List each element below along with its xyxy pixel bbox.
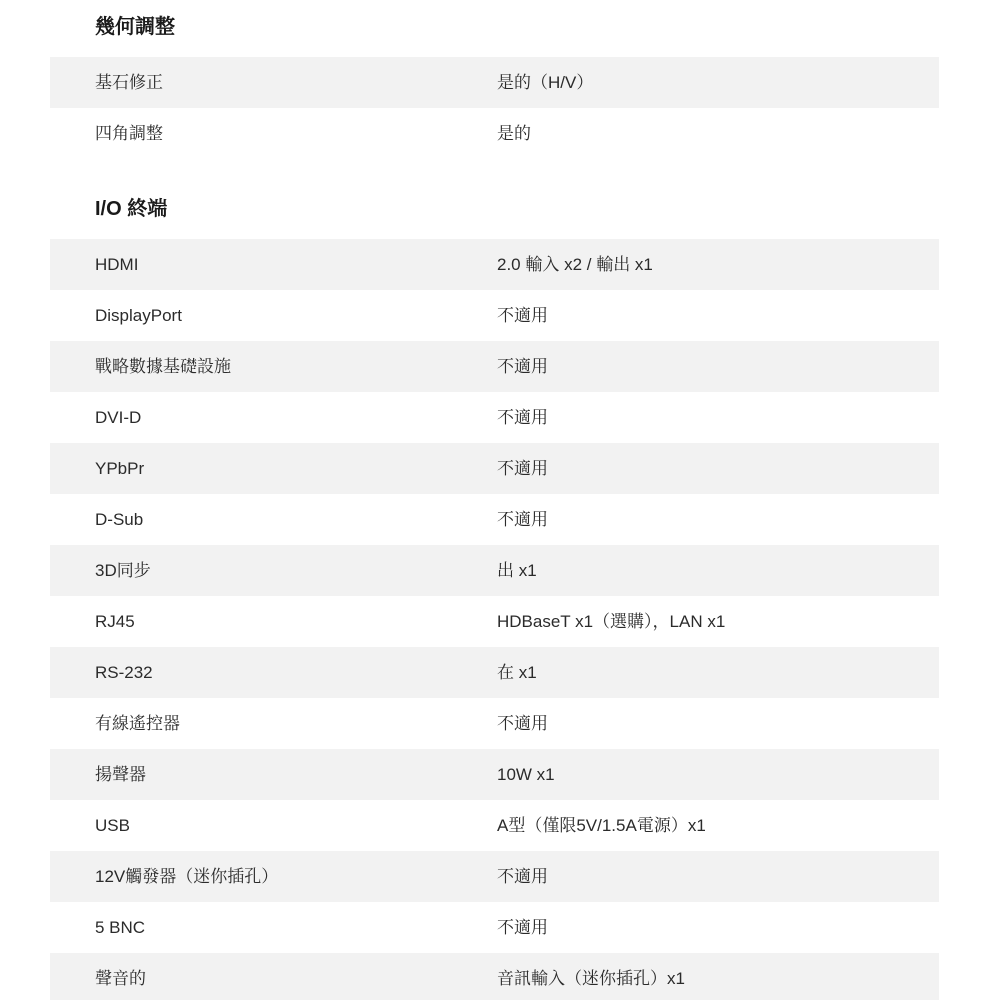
spec-value: 10W x1 [497, 763, 939, 787]
spec-value: 不適用 [497, 355, 939, 379]
section-geometry-adjustment: 幾何調整 基石修正 是的（H/V） 四角調整 是的 [50, 15, 939, 159]
spec-label: 5 BNC [50, 916, 497, 940]
spec-table-io: HDMI 2.0 輸入 x2 / 輸出 x1 DisplayPort 不適用 戰… [50, 239, 939, 1000]
spec-value: 不適用 [497, 916, 939, 940]
spec-label: DisplayPort [50, 304, 497, 328]
spec-row-hdmi: HDMI 2.0 輸入 x2 / 輸出 x1 [50, 239, 939, 290]
spec-value: 不適用 [497, 712, 939, 736]
spec-row-keystone-correction: 基石修正 是的（H/V） [50, 57, 939, 108]
spec-value: 不適用 [497, 304, 939, 328]
spec-label: RJ45 [50, 610, 497, 634]
spec-label: DVI-D [50, 406, 497, 430]
spec-row-displayport: DisplayPort 不適用 [50, 290, 939, 341]
spec-row-wired-remote: 有線遙控器 不適用 [50, 698, 939, 749]
spec-row-ypbpr: YPbPr 不適用 [50, 443, 939, 494]
spec-page: 幾何調整 基石修正 是的（H/V） 四角調整 是的 I/O 終端 HDMI 2.… [0, 0, 1000, 1000]
spec-value: 音訊輸入（迷你插孔）x1 [497, 967, 939, 991]
spec-row-rs232: RS-232 在 x1 [50, 647, 939, 698]
spec-label: 四角調整 [50, 122, 497, 146]
spec-value: 是的（H/V） [497, 71, 939, 95]
spec-label: 有線遙控器 [50, 712, 497, 736]
spec-row-d-sub: D-Sub 不適用 [50, 494, 939, 545]
spec-value: 是的 [497, 122, 939, 146]
spec-value: A型（僅限5V/1.5A電源）x1 [497, 814, 939, 838]
spec-value: 出 x1 [497, 559, 939, 583]
spec-value: 不適用 [497, 406, 939, 430]
spec-row-3d-sync: 3D同步 出 x1 [50, 545, 939, 596]
spec-value: 不適用 [497, 457, 939, 481]
spec-label: RS-232 [50, 661, 497, 685]
spec-label: 基石修正 [50, 71, 497, 95]
spec-label: 3D同步 [50, 559, 497, 583]
spec-row-rj45: RJ45 HDBaseT x1（選購），LAN x1 [50, 596, 939, 647]
spec-row-four-corner: 四角調整 是的 [50, 108, 939, 159]
spec-value: 2.0 輸入 x2 / 輸出 x1 [497, 253, 939, 277]
spec-row-5bnc: 5 BNC 不適用 [50, 902, 939, 953]
spec-row-12v-trigger: 12V觸發器（迷你插孔） 不適用 [50, 851, 939, 902]
spec-table-geometry: 基石修正 是的（H/V） 四角調整 是的 [50, 57, 939, 159]
spec-label: HDMI [50, 253, 497, 277]
spec-row-audio: 聲音的 音訊輸入（迷你插孔）x1 [50, 953, 939, 1000]
spec-label: YPbPr [50, 457, 497, 481]
spec-value: 不適用 [497, 508, 939, 532]
spec-label: 揚聲器 [50, 763, 497, 787]
section-title-geometry: 幾何調整 [50, 15, 939, 39]
spec-label: 聲音的 [50, 967, 497, 991]
spec-label: 12V觸發器（迷你插孔） [50, 865, 497, 889]
spec-value: 不適用 [497, 865, 939, 889]
spec-value: 在 x1 [497, 661, 939, 685]
spec-row-dvi-d: DVI-D 不適用 [50, 392, 939, 443]
spec-label: USB [50, 814, 497, 838]
spec-row-sdi: 戰略數據基礎設施 不適用 [50, 341, 939, 392]
spec-row-usb: USB A型（僅限5V/1.5A電源）x1 [50, 800, 939, 851]
section-title-io: I/O 終端 [50, 197, 939, 221]
spec-label: 戰略數據基礎設施 [50, 355, 497, 379]
section-io-terminals: I/O 終端 HDMI 2.0 輸入 x2 / 輸出 x1 DisplayPor… [50, 197, 939, 1000]
spec-row-speaker: 揚聲器 10W x1 [50, 749, 939, 800]
spec-label: D-Sub [50, 508, 497, 532]
spec-value: HDBaseT x1（選購），LAN x1 [497, 610, 939, 634]
